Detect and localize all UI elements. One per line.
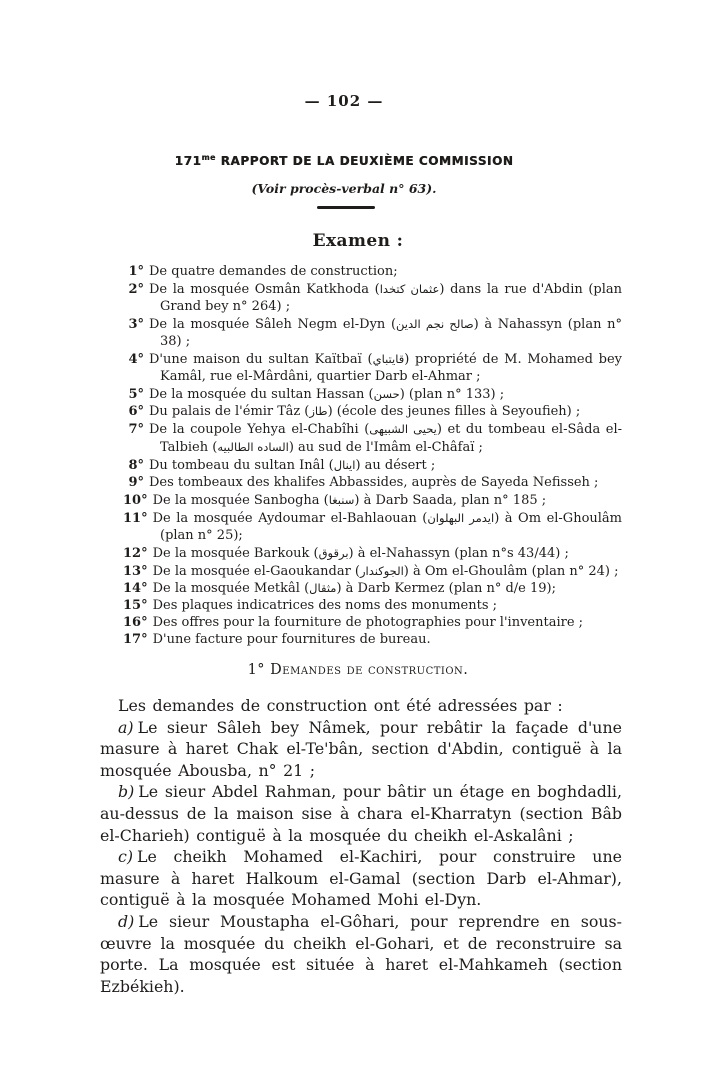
agenda-item: 11°De la mosquée Aydoumar el-Bahlaouan (…: [123, 510, 622, 545]
agenda-item: 10°De la mosquée Sanbogha (سنبغا) à Darb…: [123, 492, 622, 510]
text-column: — 102 — 171me RAPPORT DE LA DEUXIÈME COM…: [0, 0, 720, 997]
item-text: De la mosquée du sultan Hassan (: [149, 387, 374, 402]
agenda-item: 5°De la mosquée du sultan Hassan (حسن) (…: [123, 386, 622, 404]
item-text: De la mosquée Metkâl (: [153, 581, 310, 596]
item-number: 17°: [123, 632, 148, 649]
item-number: 9°: [123, 475, 144, 492]
section-number: 1°: [248, 662, 265, 678]
item-text: Des plaques indicatrices des noms des mo…: [153, 598, 497, 613]
report-title-number: 171: [175, 153, 202, 168]
agenda-item: 8°Du tombeau du sultan Inâl (اينال) au d…: [123, 457, 622, 475]
arabic-inline: يحيى الشبيهى: [369, 422, 437, 436]
item-text: D'une maison du sultan Kaïtbaï (: [149, 352, 373, 367]
item-text: De la coupole Yehya el-Chabîhi (: [149, 422, 369, 437]
report-title-text: RAPPORT DE LA DEUXIÈME COMMISSION: [221, 153, 514, 168]
agenda-item: 12°De la mosquée Barkouk (برقوق) à el-Na…: [123, 545, 622, 563]
item-number: 16°: [123, 615, 148, 632]
paragraph-text: Les demandes de construction ont été adr…: [118, 696, 563, 715]
item-number: 11°: [123, 511, 148, 528]
item-number: 1°: [123, 264, 144, 281]
paragraph-lead: c): [118, 847, 133, 866]
item-text: De la mosquée Sâleh Negm el-Dyn (: [149, 317, 396, 332]
item-text: ) à Darb Saada, plan n° 185 ;: [354, 493, 546, 508]
agenda-item: 15°Des plaques indicatrices des noms des…: [123, 598, 622, 615]
item-text: De la mosquée el-Gaoukandar (: [153, 564, 360, 579]
item-text: De quatre demandes de construction;: [149, 264, 398, 279]
arabic-inline: ايدمر البهلوان: [427, 511, 494, 525]
item-number: 2°: [123, 282, 144, 299]
item-text: ) au sud de l'Imâm el-Châfaï ;: [289, 440, 483, 455]
divider-rule: [317, 206, 375, 209]
arabic-inline: اينال: [334, 458, 356, 472]
body-paragraph: a)Le sieur Sâleh bey Nâmek, pour rebâtir…: [100, 717, 622, 782]
arabic-inline: صالح نجم الدين: [396, 317, 474, 331]
item-number: 6°: [123, 404, 144, 421]
arabic-inline: الجوكندار: [360, 564, 404, 578]
arabic-inline: سنبغا: [329, 493, 355, 507]
arabic-inline: طاز: [309, 404, 327, 418]
agenda-item: 4°D'une maison du sultan Kaïtbaï (قايتبا…: [123, 351, 622, 386]
item-number: 4°: [123, 352, 144, 369]
paragraph-lead: a): [118, 718, 134, 737]
item-number: 5°: [123, 387, 144, 404]
agenda-item: 17°D'une facture pour fournitures de bur…: [123, 632, 622, 649]
item-text: Du tombeau du sultan Inâl (: [149, 458, 334, 473]
item-text: De la mosquée Aydoumar el-Bahlaouan (: [153, 511, 428, 526]
item-text: ) à Darb Kermez (plan n° d/e 19);: [336, 581, 556, 596]
agenda-item: 16°Des offres pour la fourniture de phot…: [123, 615, 622, 632]
report-title: 171me RAPPORT DE LA DEUXIÈME COMMISSION: [14, 150, 674, 169]
agenda-item: 9°Des tombeaux des khalifes Abbassides, …: [123, 475, 622, 492]
item-text: De la mosquée Sanbogha (: [153, 493, 329, 508]
arabic-inline: قايتباي: [373, 352, 405, 366]
paragraph-lead: d): [118, 912, 134, 931]
item-text: Du palais de l'émir Tâz (: [149, 404, 309, 419]
item-text: Des offres pour la fourniture de photogr…: [153, 615, 583, 630]
item-number: 15°: [123, 598, 148, 615]
paragraph-text: Le sieur Abdel Rahman, pour bâtir un éta…: [100, 782, 622, 844]
item-text: ) à Om el-Ghoulâm (plan n° 24) ;: [404, 564, 619, 579]
item-number: 13°: [123, 564, 148, 581]
paragraph-text: Le sieur Moustapha el-Gôhari, pour repre…: [100, 912, 622, 996]
paragraph-lead: b): [118, 782, 134, 801]
item-text: ) (plan n° 133) ;: [400, 387, 504, 402]
item-text: ) au désert ;: [355, 458, 435, 473]
report-subtitle: (Voir procès-verbal n° 63).: [0, 181, 688, 196]
item-text: De la mosquée Osmân Katkhoda (: [149, 282, 380, 297]
item-text: Des tombeaux des khalifes Abbassides, au…: [149, 475, 598, 490]
item-text: ) (école des jeunes filles à Seyoufieh) …: [328, 404, 581, 419]
item-text: D'une facture pour fournitures de bureau…: [153, 632, 431, 647]
item-number: 8°: [123, 458, 144, 475]
body-paragraph: Les demandes de construction ont été adr…: [100, 695, 622, 717]
agenda-item: 7°De la coupole Yehya el-Chabîhi (يحيى ا…: [123, 421, 622, 457]
item-number: 7°: [123, 422, 144, 439]
arabic-inline: الساده الطالبيه: [217, 440, 289, 454]
body-paragraphs: Les demandes de construction ont été adr…: [100, 695, 622, 997]
section-heading: 1° Demandes de construction.: [0, 661, 716, 679]
body-paragraph: b)Le sieur Abdel Rahman, pour bâtir un é…: [100, 781, 622, 846]
paragraph-text: Le sieur Sâleh bey Nâmek, pour rebâtir l…: [100, 718, 622, 780]
item-number: 10°: [123, 493, 148, 510]
body-paragraph: c)Le cheikh Mohamed el-Kachiri, pour con…: [100, 846, 622, 911]
item-number: 14°: [123, 581, 148, 598]
agenda-list: 1°De quatre demandes de construction;2°D…: [123, 264, 622, 649]
arabic-inline: مثقال: [309, 581, 336, 595]
agenda-item: 1°De quatre demandes de construction;: [123, 264, 622, 281]
agenda-item: 6°Du palais de l'émir Tâz (طاز) (école d…: [123, 403, 622, 421]
paragraph-text: Le cheikh Mohamed el-Kachiri, pour const…: [100, 847, 622, 909]
arabic-inline: برقوق: [319, 546, 349, 560]
item-text: ) à el-Nahassyn (plan n°s 43/44) ;: [349, 546, 569, 561]
item-number: 12°: [123, 546, 148, 563]
arabic-inline: عثمان كتخدا: [380, 282, 440, 296]
agenda-item: 14°De la mosquée Metkâl (مثقال) à Darb K…: [123, 580, 622, 598]
section-title: Demandes de construction.: [270, 662, 468, 678]
scanned-document-page: — 102 — 171me RAPPORT DE LA DEUXIÈME COM…: [0, 0, 720, 1082]
examen-heading: Examen :: [0, 231, 716, 251]
agenda-item: 13°De la mosquée el-Gaoukandar (الجوكندا…: [123, 563, 622, 581]
item-number: 3°: [123, 317, 144, 334]
arabic-inline: حسن: [374, 387, 400, 401]
body-paragraph: d)Le sieur Moustapha el-Gôhari, pour rep…: [100, 911, 622, 997]
item-text: De la mosquée Barkouk (: [153, 546, 319, 561]
page-number: — 102 —: [0, 92, 688, 110]
agenda-item: 3°De la mosquée Sâleh Negm el-Dyn (صالح …: [123, 316, 622, 351]
agenda-item: 2°De la mosquée Osmân Katkhoda (عثمان كت…: [123, 281, 622, 316]
report-title-ordinal: me: [201, 153, 215, 162]
